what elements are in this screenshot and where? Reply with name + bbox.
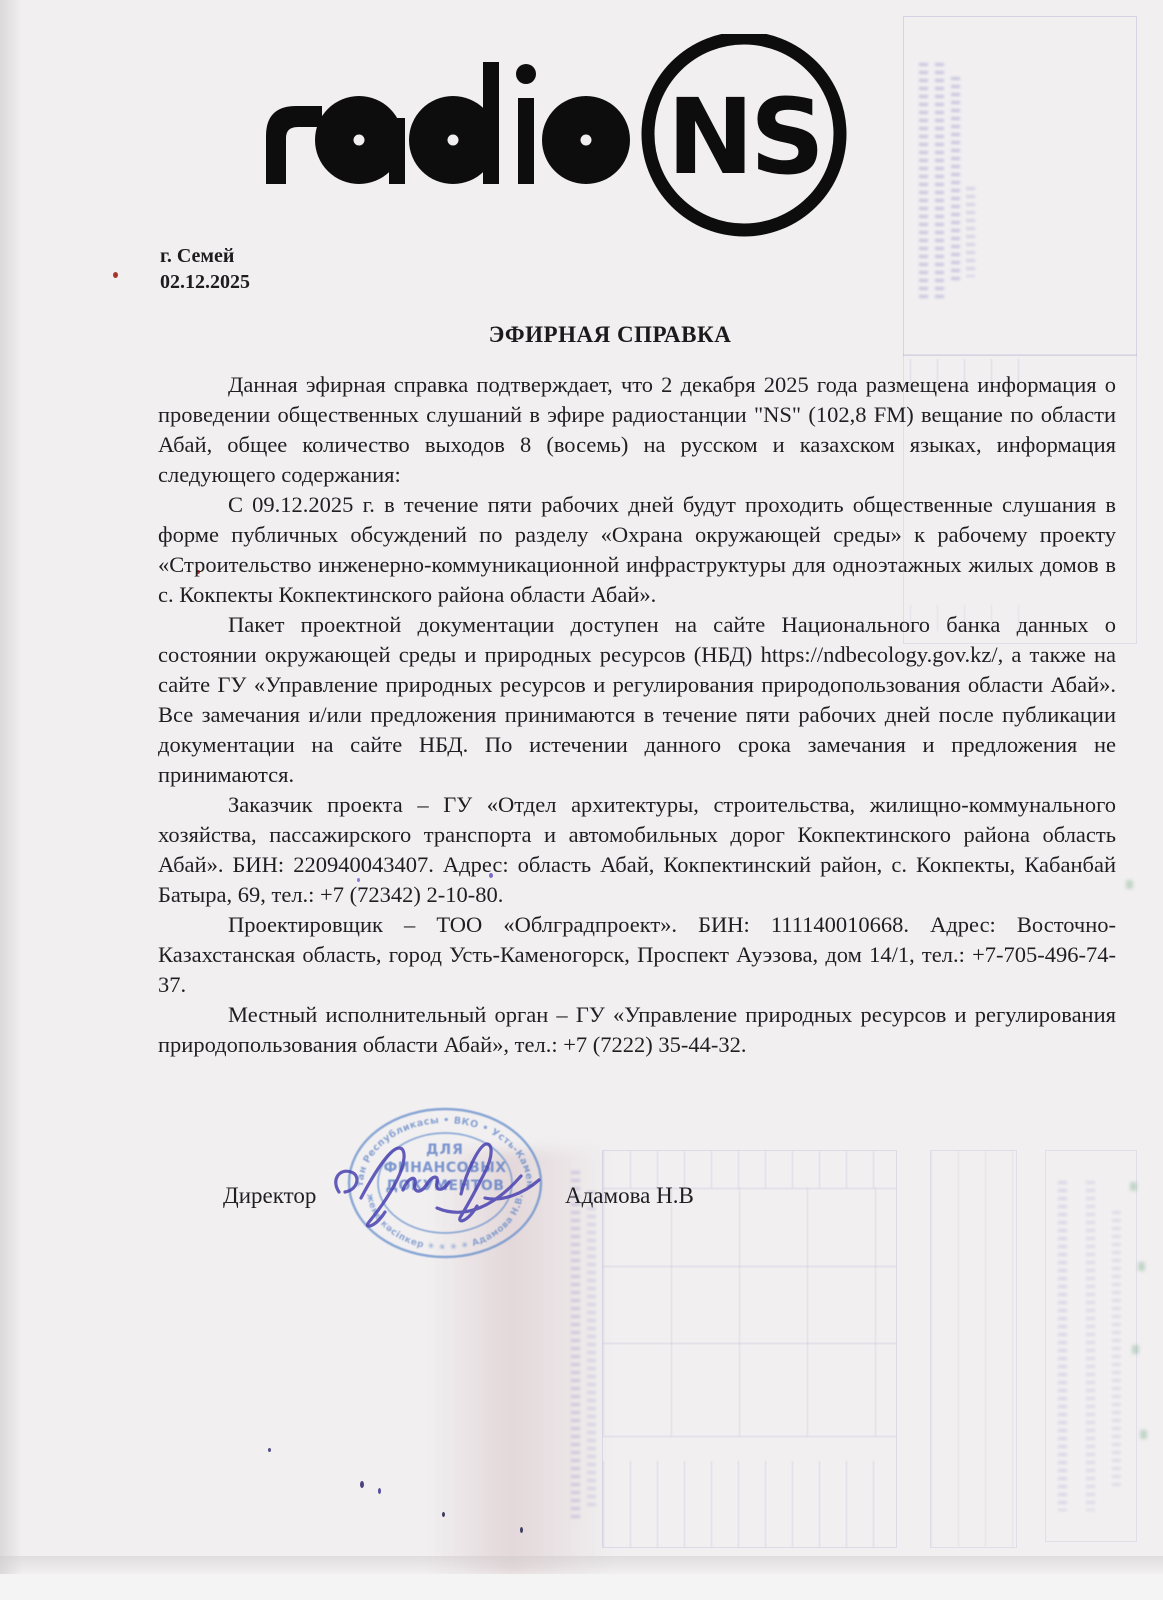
- header-city-date: г. Семей 02.12.2025: [160, 243, 250, 295]
- letter-a-tail: [389, 118, 405, 184]
- document-body: Данная эфирная справка подтверждает, что…: [158, 370, 1116, 1060]
- bleedthrough-text-column: [935, 63, 944, 298]
- bleedthrough-text-column: [1112, 1211, 1121, 1491]
- paragraph-intro: Данная эфирная справка подтверждает, что…: [158, 370, 1116, 490]
- signature-stroke: [361, 1148, 404, 1226]
- bleedthrough-text-column: [966, 187, 975, 277]
- scan-edge-shadow-left: [0, 0, 22, 1600]
- red-speck: [113, 272, 118, 278]
- handwritten-signature-svg: [325, 1128, 555, 1238]
- radio-ns-logo-svg: NS: [256, 34, 856, 240]
- bleedthrough-text-column: [919, 63, 928, 298]
- signature-stroke: [336, 1171, 357, 1192]
- ink-speck: [268, 1448, 271, 1452]
- ink-speck: [378, 1488, 381, 1494]
- document-title: ЭФИРНАЯ СПРАВКА: [160, 322, 1060, 348]
- signature-role: Директор: [223, 1183, 316, 1209]
- letter-d-ascender: [483, 62, 499, 184]
- paragraph-designer: Проектировщик – ТОО «Облградпроект». БИН…: [158, 910, 1116, 1000]
- letter-r-shape: [266, 106, 322, 184]
- vinyl-center-dot: [354, 135, 365, 146]
- bleedthrough-green-mark: [1132, 1345, 1139, 1354]
- bleedthrough-cells: [603, 1188, 896, 1436]
- ink-speck: [442, 1512, 445, 1517]
- bleedthrough-line: [603, 1343, 896, 1344]
- bleedthrough-line: [603, 1266, 896, 1267]
- signature-stroke: [485, 1180, 539, 1199]
- ink-speck: [520, 1527, 523, 1533]
- vinyl-center-dot: [581, 135, 592, 146]
- header-city: г. Семей: [160, 243, 250, 269]
- signature-row: Директор Адамова Н.В: [158, 1183, 1116, 1217]
- bleedthrough-green-mark: [1138, 1262, 1145, 1271]
- radio-ns-logo: NS: [256, 34, 856, 240]
- letter-i-stem: [518, 98, 534, 184]
- scanned-document-page: NS г. Семей 02.12.2025 ЭФИРНАЯ СПРАВКА Д…: [0, 0, 1163, 1600]
- bleedthrough-text-column: [1058, 1181, 1067, 1511]
- handwritten-signature: [325, 1128, 555, 1238]
- scan-bottom-strip: [0, 1574, 1163, 1600]
- bleedthrough-green-mark: [1130, 1182, 1137, 1191]
- signature-name: Адамова Н.В: [565, 1183, 694, 1209]
- bleedthrough-cells: [603, 1461, 896, 1547]
- paragraph-customer: Заказчик проекта – ГУ «Отдел архитектуры…: [158, 790, 1116, 910]
- letter-i-dot: [516, 64, 536, 84]
- header-date: 02.12.2025: [160, 269, 250, 295]
- paragraph-documentation: Пакет проектной документации доступен на…: [158, 610, 1116, 790]
- ns-wordmark: NS: [667, 76, 821, 198]
- paragraph-hearings: С 09.12.2025 г. в течение пяти рабочих д…: [158, 490, 1116, 610]
- bleedthrough-box-top-right: [903, 16, 1137, 356]
- bleedthrough-text-column: [1086, 1181, 1095, 1511]
- radio-wordmark-icon: [266, 62, 630, 184]
- vinyl-center-dot: [448, 135, 459, 146]
- bleedthrough-green-mark: [1140, 1430, 1147, 1439]
- signature-stroke: [403, 1177, 449, 1191]
- bleedthrough-text-column: [951, 77, 960, 282]
- scan-edge-shadow-bottom: [0, 1556, 1163, 1574]
- ink-speck: [360, 1481, 364, 1488]
- bleedthrough-green-mark: [1126, 880, 1133, 889]
- bleedthrough-line: [603, 1436, 896, 1437]
- paragraph-local-authority: Местный исполнительный орган – ГУ «Управ…: [158, 1000, 1116, 1060]
